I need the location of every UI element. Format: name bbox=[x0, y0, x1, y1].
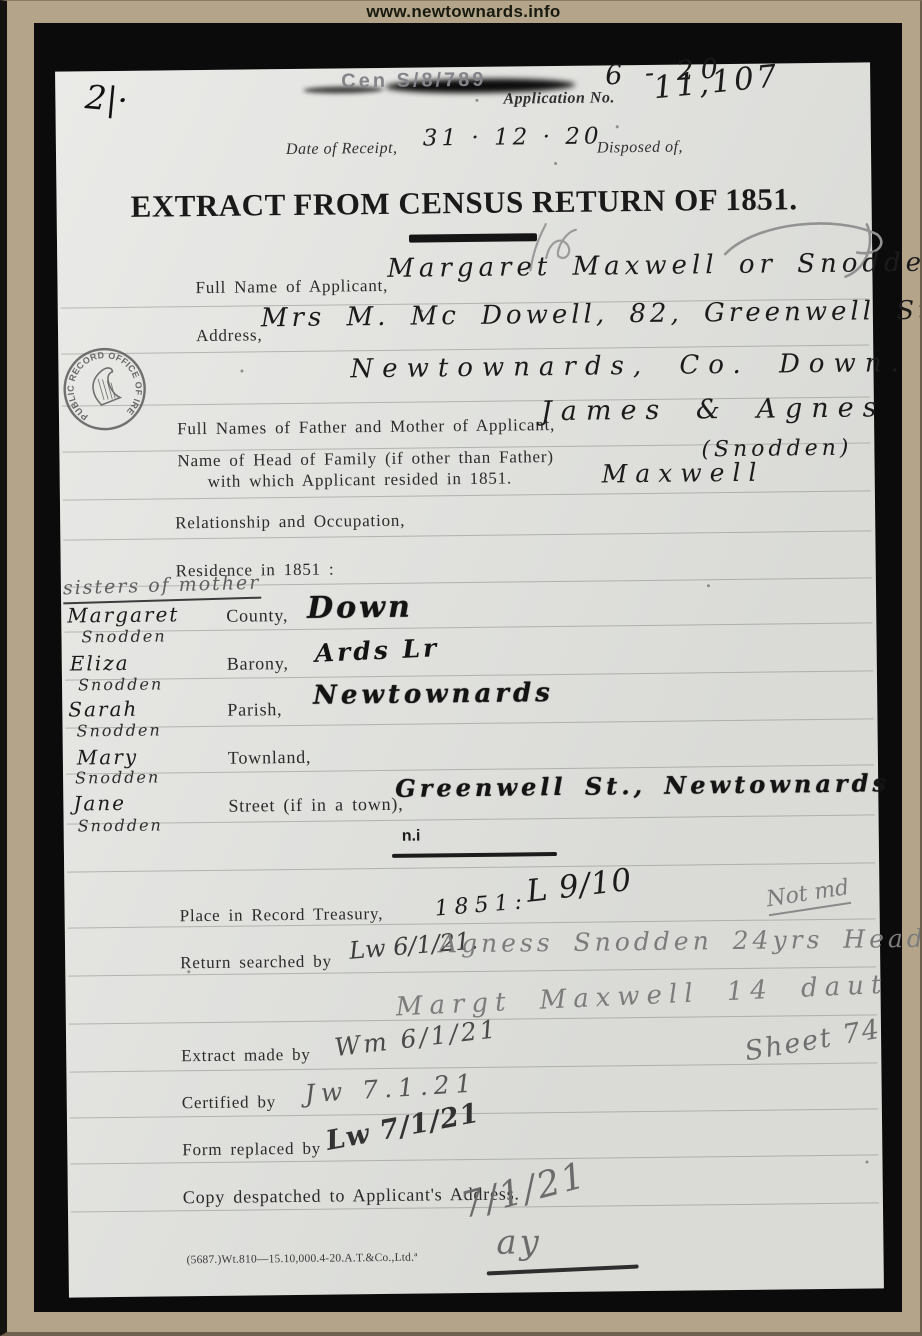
margin-name-first: Mary bbox=[77, 745, 139, 770]
parish-value: Newtownards bbox=[313, 678, 554, 711]
margin-name-first: Jane bbox=[73, 791, 126, 816]
ni-underline bbox=[392, 852, 557, 858]
return-searched-by-label: Return searched by bbox=[180, 952, 332, 974]
cen-reference-stamp: Cen S/8/789 bbox=[341, 69, 487, 94]
townland-label: Townland, bbox=[228, 747, 312, 769]
paper-speck bbox=[865, 1161, 868, 1164]
address-value-line2: Newtownards, Co. Down. bbox=[350, 348, 908, 384]
page: www.newtownards.info 2|· Cen S/8/789 6 -… bbox=[0, 0, 922, 1336]
address-label: Address, bbox=[196, 325, 263, 346]
margin-name-first: Eliza bbox=[70, 651, 130, 676]
harp-icon bbox=[88, 367, 122, 406]
margin-name-last: Snodden bbox=[81, 626, 166, 646]
street-label: Street (if in a town), bbox=[228, 794, 403, 817]
not-md-note: Not md bbox=[765, 875, 852, 916]
margin-name-last: Snodden bbox=[78, 674, 163, 694]
ruled-line bbox=[63, 490, 871, 500]
site-banner: www.newtownards.info bbox=[7, 1, 920, 23]
certified-by-label: Certified by bbox=[182, 1092, 277, 1113]
full-name-value: Margaret Maxwell or Snodden bbox=[387, 248, 922, 284]
despatch-underline bbox=[487, 1264, 639, 1275]
barony-label: Barony, bbox=[227, 653, 289, 675]
margin-name-first: Margaret bbox=[67, 602, 179, 627]
form-replaced-by-label: Form replaced by bbox=[182, 1139, 321, 1161]
head-of-family-label-line1: Name of Head of Family (if other than Fa… bbox=[177, 447, 553, 471]
searched-note-line1: Agness Snodden 24yrs Head bbox=[439, 924, 922, 959]
despatch-date-value: 7/1/21 bbox=[457, 1155, 591, 1227]
date-of-receipt-value: 31 · 12 · 20 bbox=[423, 123, 603, 151]
form-replaced-by-value: Lw 7/1/21 bbox=[324, 1098, 483, 1157]
head-of-family-label-line2: with which Applicant resided in 1851. bbox=[208, 469, 512, 492]
margin-name-last: Snodden bbox=[76, 720, 161, 740]
despatch-initials-value: ay bbox=[496, 1222, 542, 1263]
parents-label: Full Names of Father and Mother of Appli… bbox=[177, 415, 555, 439]
place-in-record-treasury-label: Place in Record Treasury, bbox=[180, 904, 384, 926]
margin-name-last: Snodden bbox=[78, 815, 163, 835]
sheet-number-note: Sheet 74 bbox=[742, 1014, 883, 1068]
ni-note: n.i bbox=[402, 828, 421, 846]
census-form-paper: 2|· Cen S/8/789 6 - 20 Application No. 1… bbox=[55, 62, 884, 1297]
paper-speck bbox=[707, 584, 710, 587]
ruled-line bbox=[67, 862, 875, 872]
sisters-of-mother-note: sisters of mother bbox=[63, 572, 261, 605]
address-value-line1: Mrs M. Mc Dowell, 82, Greenwell St., bbox=[261, 295, 922, 333]
county-value: Down bbox=[307, 590, 413, 626]
ruled-line bbox=[67, 814, 875, 824]
margin-name-last: Snodden bbox=[75, 768, 160, 788]
application-no-label: Application No. bbox=[503, 89, 615, 108]
relationship-label: Relationship and Occupation, bbox=[175, 511, 405, 534]
margin-name-first: Sarah bbox=[68, 697, 138, 722]
extract-made-by-label: Extract made by bbox=[181, 1045, 311, 1066]
ruled-line bbox=[64, 622, 872, 632]
paper-speck bbox=[475, 99, 478, 102]
paper-speck bbox=[240, 370, 243, 373]
place-shelf-reference: L 9/10 bbox=[525, 862, 635, 910]
parents-value: James & Agnes bbox=[541, 392, 886, 427]
place-year-value: 1851: bbox=[434, 889, 529, 921]
full-name-label: Full Name of Applicant, bbox=[195, 276, 388, 298]
county-label: County, bbox=[226, 605, 288, 627]
printer-reference: (5687.)Wt.810—15.10,000.4-20.A.T.&Co.,Lt… bbox=[186, 1252, 417, 1267]
public-record-office-stamp-icon: PUBLIC RECORD OFFICE OF IRELAND bbox=[54, 339, 155, 440]
street-value: Greenwell St., Newtownards bbox=[395, 768, 890, 803]
head-of-family-value: Maxwell bbox=[602, 458, 765, 489]
barony-value: Ards Lr bbox=[314, 633, 440, 668]
ruled-line bbox=[66, 718, 874, 728]
top-left-ink-mark: 2|· bbox=[84, 77, 130, 120]
parish-label: Parish, bbox=[227, 699, 282, 721]
disposed-of-label: Disposed of, bbox=[597, 139, 683, 158]
paper-speck bbox=[616, 125, 619, 128]
date-of-receipt-label: Date of Receipt, bbox=[286, 140, 398, 159]
paper-speck bbox=[554, 162, 557, 165]
